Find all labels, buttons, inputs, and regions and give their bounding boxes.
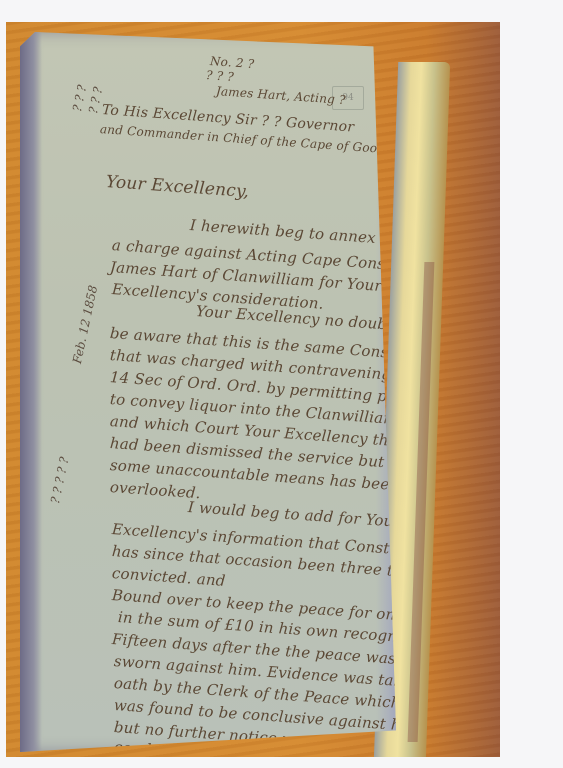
margin-note-vertical-2: Feb. 12 1858	[70, 284, 100, 365]
docket-line-3: James Hart, Acting ?	[216, 84, 347, 107]
page-spine	[20, 32, 42, 752]
ledger-page: 94 No. 2 ? ? ? ? James Hart, Acting ? To…	[20, 32, 396, 752]
body-line-1: I herewith beg to annex	[189, 216, 376, 247]
document-photo: 94 No. 2 ? ? ? ? James Hart, Acting ? To…	[6, 22, 500, 757]
body-line-14: I would beg to add for Your	[187, 498, 401, 531]
salutation: Your Excellency,	[105, 172, 249, 202]
docket-line-2: ? ? ?	[206, 68, 235, 84]
body-line-25: conduct.	[113, 738, 181, 757]
closing: ?tly	[341, 734, 366, 751]
body-line-17: convicted. and	[111, 564, 226, 590]
margin-note-vertical-1: ? ? ? ? ?	[48, 456, 72, 505]
